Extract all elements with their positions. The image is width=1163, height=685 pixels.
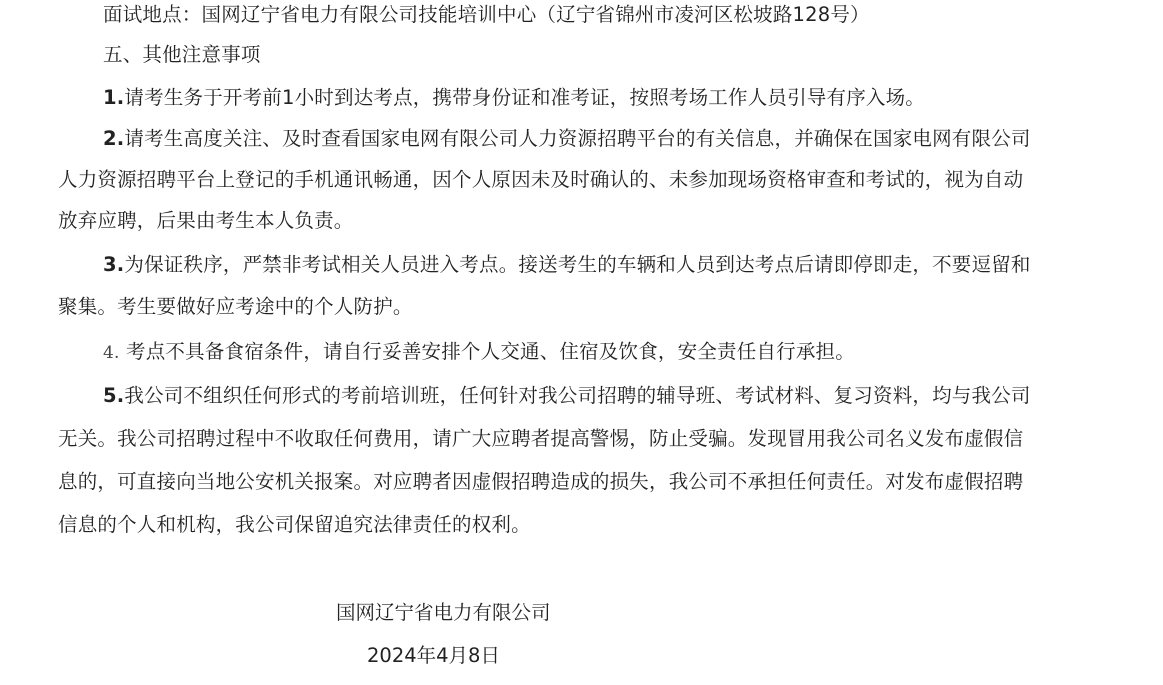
item-text: 请考生务于开考前1小时到达考点，携带身份证和准考证，按照考场工作人员引导有序入场… (124, 86, 925, 109)
item-text: 为保证秩序，严禁非考试相关人员进入考点。接送考生的车辆和人员到达考点后请即停即走… (124, 253, 1030, 276)
item-number: 5. (103, 384, 124, 407)
notice-item-3-continuation: 聚集。考生要做好应考途中的个人防护。 (58, 292, 413, 322)
notice-item-2-continuation: 人力资源招聘平台上登记的手机通讯畅通，因个人原因未及时确认的、未参加现场资格审查… (58, 165, 1023, 195)
notice-item-2: 2.请考生高度关注、及时查看国家电网有限公司人力资源招聘平台的有关信息，并确保在… (103, 124, 1031, 154)
item-number: 4. (103, 343, 120, 363)
item-text: 请考生高度关注、及时查看国家电网有限公司人力资源招聘平台的有关信息，并确保在国家… (124, 127, 1030, 150)
notice-item-4: 4. 考点不具备食宿条件，请自行妥善安排个人交通、住宿及饮食，安全责任自行承担。 (103, 337, 855, 367)
interview-location-label: 面试地点： (103, 3, 202, 26)
notice-item-5-continuation: 息的，可直接向当地公安机关报案。对应聘者因虚假招聘造成的损失，我公司不承担任何责… (58, 467, 1023, 497)
signature-organization: 国网辽宁省电力有限公司 (336, 598, 551, 628)
interview-location-value: 国网辽宁省电力有限公司技能培训中心（辽宁省锦州市凌河区松坡路128号） (202, 3, 870, 26)
notice-item-5-continuation: 信息的个人和机构，我公司保留追究法律责任的权利。 (58, 510, 531, 540)
interview-location-line: 面试地点：国网辽宁省电力有限公司技能培训中心（辽宁省锦州市凌河区松坡路128号） (103, 0, 870, 30)
notice-item-3: 3.为保证秩序，严禁非考试相关人员进入考点。接送考生的车辆和人员到达考点后请即停… (103, 250, 1031, 280)
signature-date: 2024年4月8日 (367, 641, 500, 671)
item-text: 考点不具备食宿条件，请自行妥善安排个人交通、住宿及饮食，安全责任自行承担。 (120, 340, 855, 363)
item-number: 1. (103, 86, 124, 109)
notice-item-1: 1.请考生务于开考前1小时到达考点，携带身份证和准考证，按照考场工作人员引导有序… (103, 83, 925, 113)
item-text: 我公司不组织任何形式的考前培训班，任何针对我公司招聘的辅导班、考试材料、复习资料… (124, 384, 1030, 407)
notice-item-5: 5.我公司不组织任何形式的考前培训班，任何针对我公司招聘的辅导班、考试材料、复习… (103, 381, 1031, 411)
item-number: 3. (103, 253, 124, 276)
section-heading: 五、其他注意事项 (103, 40, 261, 70)
item-number: 2. (103, 127, 124, 150)
notice-item-5-continuation: 无关。我公司招聘过程中不收取任何费用，请广大应聘者提高警惕，防止受骗。发现冒用我… (58, 424, 1023, 454)
notice-item-2-continuation: 放弃应聘，后果由考生本人负责。 (58, 206, 354, 236)
